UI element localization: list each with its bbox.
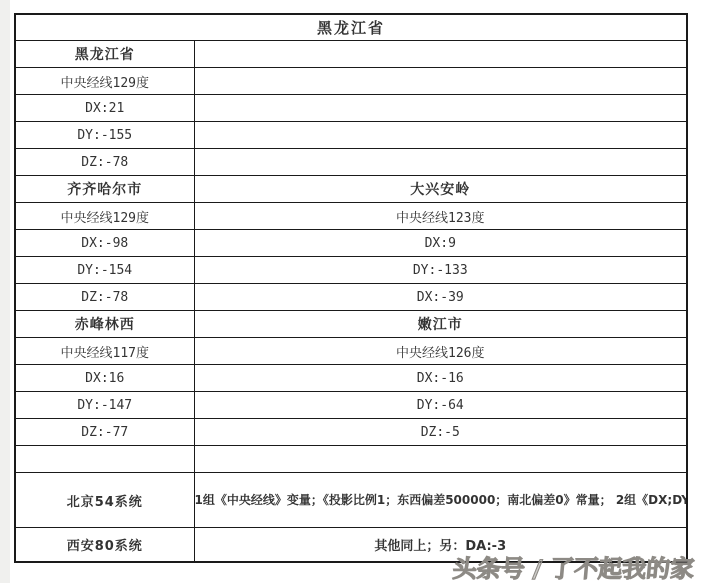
table-row: DX:16 DX:-16 [15,365,687,392]
cell-left-dz: DZ:-77 [15,419,194,446]
table-row: 北京54系统 1组《中央经线》变量；《投影比例1；东西偏差500000；南北偏差… [15,473,687,528]
cell-left-section-name: 黑龙江省 [15,41,194,68]
cell-right-dz [194,149,687,176]
cell-right-dy [194,122,687,149]
cell-left-section-name: 赤峰林西 [15,311,194,338]
table-row: 中央经线129度 中央经线123度 [15,203,687,230]
cell-xian80-label: 西安80系统 [15,528,194,563]
table-row: 黑龙江省 [15,41,687,68]
cell-left-dy: DY:-147 [15,392,194,419]
cell-right-dy: DY:-64 [194,392,687,419]
cell-left-dz: DZ:-78 [15,149,194,176]
table-row-empty [15,446,687,473]
cell-left-dz: DZ:-78 [15,284,194,311]
cell-left-dy: DY:-154 [15,257,194,284]
table-row: DY:-154 DY:-133 [15,257,687,284]
cell-right-dx: DX:9 [194,230,687,257]
cell-left-empty [15,446,194,473]
cell-left-meridian: 中央经线117度 [15,338,194,365]
table-row: DZ:-78 DX:-39 [15,284,687,311]
cell-left-meridian: 中央经线129度 [15,68,194,95]
table-row: DY:-147 DY:-64 [15,392,687,419]
cell-left-dx: DX:16 [15,365,194,392]
table-row: DZ:-78 [15,149,687,176]
cell-right-meridian: 中央经线126度 [194,338,687,365]
table-row: 中央经线117度 中央经线126度 [15,338,687,365]
cell-right-dx [194,95,687,122]
cell-right-dx: DX:-16 [194,365,687,392]
cell-right-dx: DX:-39 [194,284,687,311]
cell-beijing54-label: 北京54系统 [15,473,194,528]
cell-right-section-name [194,41,687,68]
table-row: DZ:-77 DZ:-5 [15,419,687,446]
cell-left-dy: DY:-155 [15,122,194,149]
table-row: 中央经线129度 [15,68,687,95]
table-row: DY:-155 [15,122,687,149]
toutiao-watermark: 头条号 / 了不起我的家 [451,549,696,583]
cell-right-dy: DY:-133 [194,257,687,284]
cell-right-section-name: 大兴安岭 [194,176,687,203]
table-row: DX:-98 DX:9 [15,230,687,257]
cell-left-meridian: 中央经线129度 [15,203,194,230]
table-row: DX:21 [15,95,687,122]
cell-left-dx: DX:21 [15,95,194,122]
table-row: 黑龙江省 [15,14,687,41]
province-parameter-table: 黑龙江省 黑龙江省 中央经线129度 DX:21 DY:-155 DZ:-78 … [14,13,688,563]
cell-left-section-name: 齐齐哈尔市 [15,176,194,203]
table-row: 齐齐哈尔市 大兴安岭 [15,176,687,203]
cell-right-dz: DZ:-5 [194,419,687,446]
table-row: 赤峰林西 嫩江市 [15,311,687,338]
cell-right-section-name: 嫩江市 [194,311,687,338]
cell-right-meridian: 中央经线123度 [194,203,687,230]
cell-left-dx: DX:-98 [15,230,194,257]
page-left-margin-strip [0,0,10,583]
cell-right-empty [194,446,687,473]
cell-right-meridian [194,68,687,95]
table-title: 黑龙江省 [15,14,687,41]
cell-beijing54-params: 1组《中央经线》变量；《投影比例1；东西偏差500000；南北偏差0》常量； 2… [194,473,687,528]
